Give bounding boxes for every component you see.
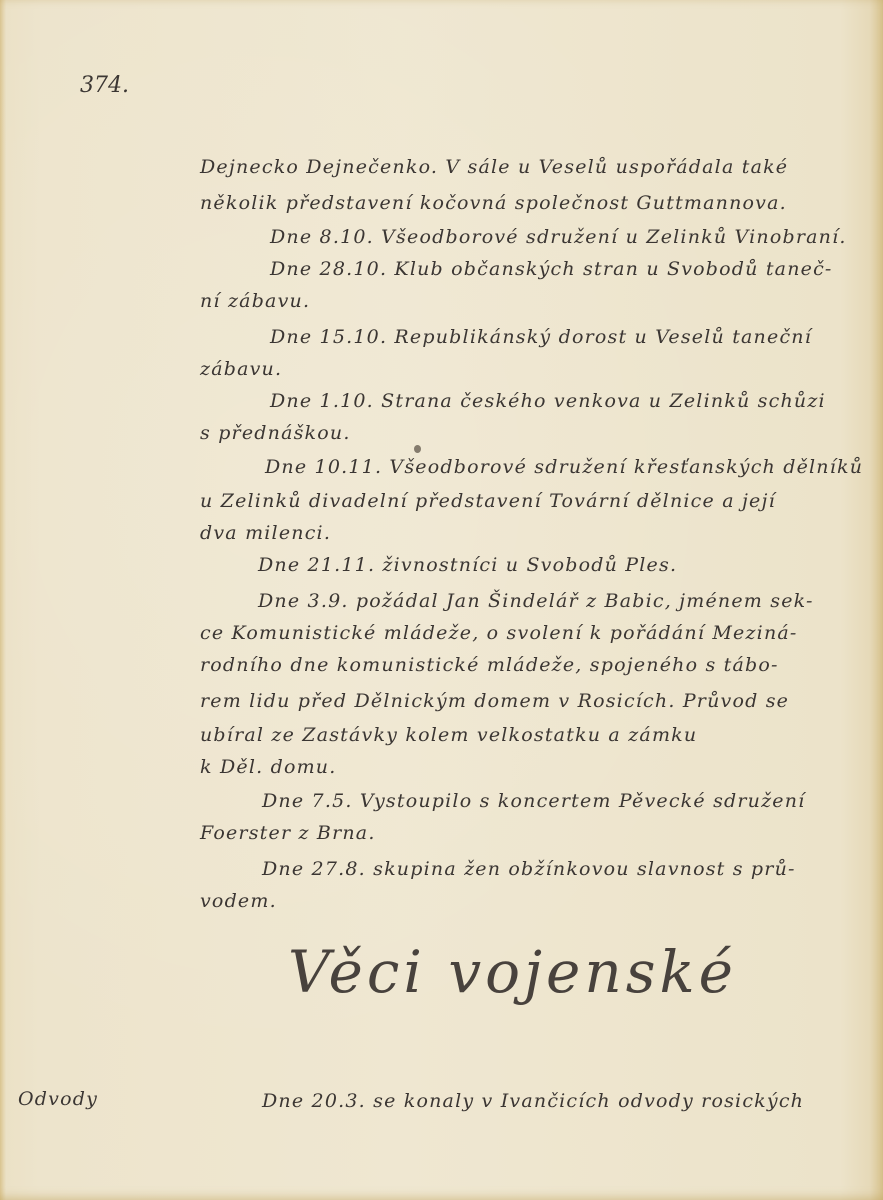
text-line-final: Dne 20.3. se konaly v Ivančicích odvody … bbox=[262, 1092, 804, 1111]
text-line-15: ce Komunistické mládeže, o svolení k poř… bbox=[200, 624, 798, 643]
text-line-2: několik představení kočovná společnost G… bbox=[200, 194, 787, 213]
text-line-11: u Zelinků divadelní představení Tovární … bbox=[200, 492, 776, 511]
text-line-3: Dne 8.10. Všeodborové sdružení u Zelinků… bbox=[270, 228, 847, 247]
text-line-5: ní zábavu. bbox=[200, 292, 310, 311]
text-line-16: rodního dne komunistické mládeže, spojen… bbox=[200, 656, 779, 675]
ink-spot bbox=[414, 445, 421, 453]
text-line-6: Dne 15.10. Republikánský dorost u Veselů… bbox=[270, 328, 812, 347]
text-line-21: Foerster z Brna. bbox=[200, 824, 376, 843]
text-line-22: Dne 27.8. skupina žen obžínkovou slavnos… bbox=[262, 860, 796, 879]
chronicle-page: 374. Dejnecko Dejnečenko. V sále u Vesel… bbox=[0, 0, 883, 1200]
text-line-18: ubíral ze Zastávky kolem velkostatku a z… bbox=[200, 726, 697, 745]
text-line-7: zábavu. bbox=[200, 360, 282, 379]
text-line-23: vodem. bbox=[200, 892, 277, 911]
margin-note: Odvody bbox=[18, 1090, 98, 1109]
text-line-8: Dne 1.10. Strana českého venkova u Zelin… bbox=[270, 392, 826, 411]
text-line-19: k Děl. domu. bbox=[200, 758, 336, 777]
text-line-13: Dne 21.11. živnostníci u Svobodů Ples. bbox=[258, 556, 677, 575]
section-heading: Věci vojenské bbox=[288, 938, 737, 1006]
text-line-12: dva milenci. bbox=[200, 524, 331, 543]
text-line-14: Dne 3.9. požádal Jan Šindelář z Babic, j… bbox=[258, 592, 814, 611]
text-line-17: rem lidu před Dělnickým domem v Rosicích… bbox=[200, 692, 789, 711]
text-line-1: Dejnecko Dejnečenko. V sále u Veselů usp… bbox=[200, 158, 788, 177]
text-line-10: Dne 10.11. Všeodborové sdružení křesťans… bbox=[265, 458, 863, 477]
text-line-9: s přednáškou. bbox=[200, 424, 351, 443]
text-line-4: Dne 28.10. Klub občanských stran u Svobo… bbox=[270, 260, 833, 279]
page-number: 374. bbox=[80, 75, 129, 97]
text-line-20: Dne 7.5. Vystoupilo s koncertem Pěvecké … bbox=[262, 792, 805, 811]
